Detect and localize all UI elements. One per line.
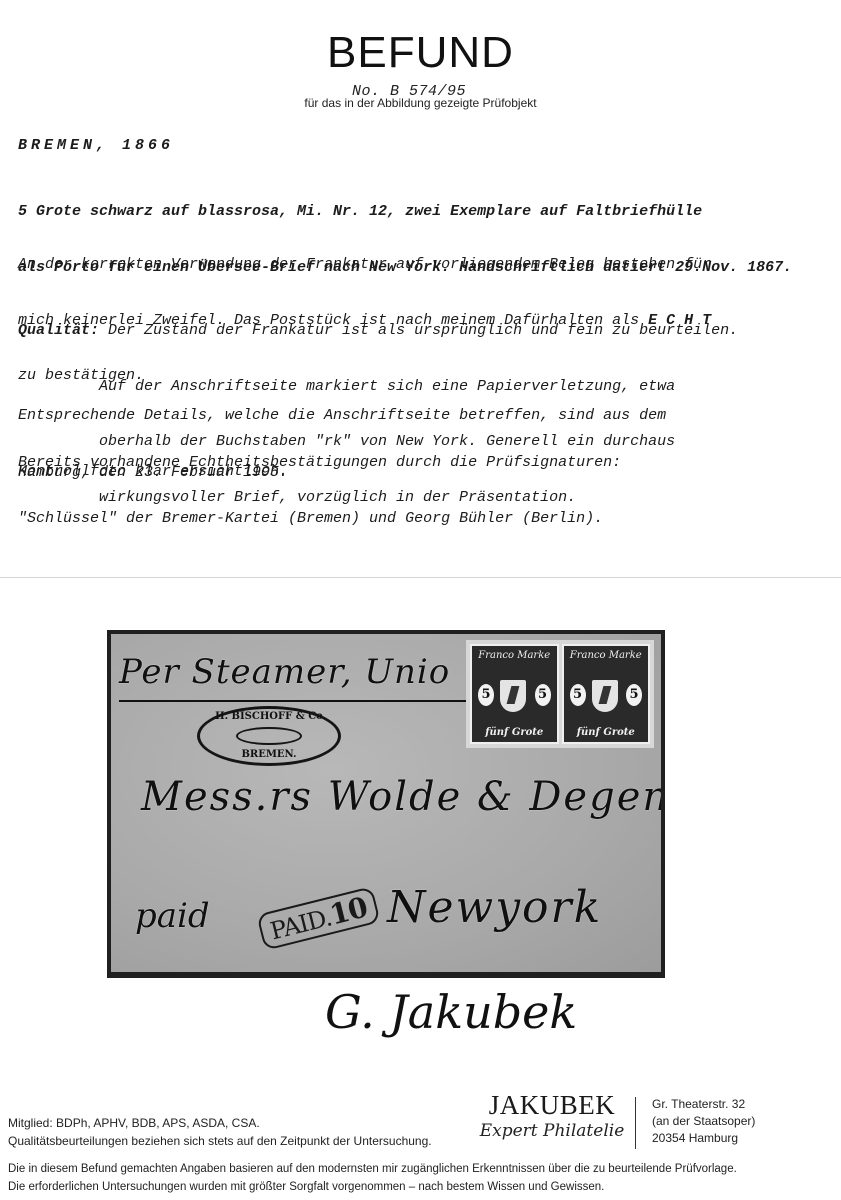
cachet-inner-oval: [236, 727, 302, 745]
stamp-top-text: Franco Marke: [564, 650, 649, 661]
addressee: Mess.rs Wolde & Degener: [141, 774, 661, 820]
stamp-value: 5: [570, 684, 586, 706]
coat-of-arms-icon: [592, 680, 618, 712]
stamp-value: 5: [478, 684, 494, 706]
document-title: BEFUND: [0, 28, 841, 78]
paid-stamp-number: 10: [326, 891, 370, 932]
cachet-bottom-text: BREMEN.: [200, 749, 338, 760]
quality-line: Der Zustand der Frankatur ist als ursprü…: [99, 322, 738, 339]
certification-line: "Schlüssel" der Bremer-Kartei (Bremen) u…: [18, 510, 621, 529]
address-line: Gr. Theaterstr. 32: [652, 1096, 755, 1113]
disclaimer-line: Die erforderlichen Untersuchungen wurden…: [8, 1178, 737, 1196]
stamp-value: 5: [626, 684, 642, 706]
object-heading: BREMEN, 1866: [18, 137, 174, 156]
document-subtitle: für das in der Abbildung gezeigte Prüfob…: [0, 96, 841, 110]
quality-label: Qualität:: [18, 322, 99, 339]
paid-handstamp: PAID.10: [256, 886, 380, 951]
section-divider: [0, 577, 841, 578]
paid-note: paid: [135, 896, 210, 936]
cover-photo: Per Steamer, Unio H. BISCHOFF & Co BREME…: [107, 630, 665, 978]
stamp-pair: Franco Marke 5 5 fünf Grote Franco Marke…: [466, 640, 654, 748]
routing-note: Per Steamer, Unio: [119, 652, 450, 692]
stamp-bottom-text: fünf Grote: [564, 727, 649, 738]
cachet-top-text: H. BISCHOFF & Co: [200, 711, 338, 722]
statement-line: An der korrekten Verwendung der Frankatu…: [18, 256, 711, 275]
address-line: 20354 Hamburg: [652, 1130, 755, 1147]
routing-underline: [119, 700, 469, 702]
stamp-bottom-text: fünf Grote: [472, 727, 557, 738]
paid-stamp-text: PAID.: [267, 903, 334, 945]
postage-stamp: Franco Marke 5 5 fünf Grote: [470, 644, 559, 744]
membership-line: Mitglied: BDPh, APHV, BDB, APS, ASDA, CS…: [8, 1114, 432, 1132]
logo-separator: [635, 1097, 636, 1149]
company-logo: JAKUBEK Expert Philatelie: [478, 1090, 626, 1142]
place-date: Hamburg, den 23. Februar 1995.: [18, 464, 288, 483]
disclaimer-line: Die in diesem Befund gemachten Angaben b…: [8, 1160, 737, 1178]
footer-membership: Mitglied: BDPh, APHV, BDB, APS, ASDA, CS…: [8, 1114, 432, 1150]
coat-of-arms-icon: [500, 680, 526, 712]
destination: Newyork: [387, 882, 602, 933]
sender-cachet: H. BISCHOFF & Co BREMEN.: [197, 706, 341, 766]
disclaimer: Die in diesem Befund gemachten Angaben b…: [8, 1160, 737, 1196]
stamp-top-text: Franco Marke: [472, 650, 557, 661]
quality-note: Qualitätsbeurteilungen beziehen sich ste…: [8, 1132, 432, 1150]
logo-tagline: Expert Philatelie: [478, 1120, 626, 1142]
logo-name: JAKUBEK: [478, 1090, 626, 1120]
company-address: Gr. Theaterstr. 32 (an der Staatsoper) 2…: [652, 1096, 755, 1147]
examiner-signature: G. Jakubek: [325, 985, 577, 1039]
stamp-value: 5: [535, 684, 551, 706]
postage-stamp: Franco Marke 5 5 fünf Grote: [562, 644, 651, 744]
address-line: (an der Staatsoper): [652, 1113, 755, 1130]
